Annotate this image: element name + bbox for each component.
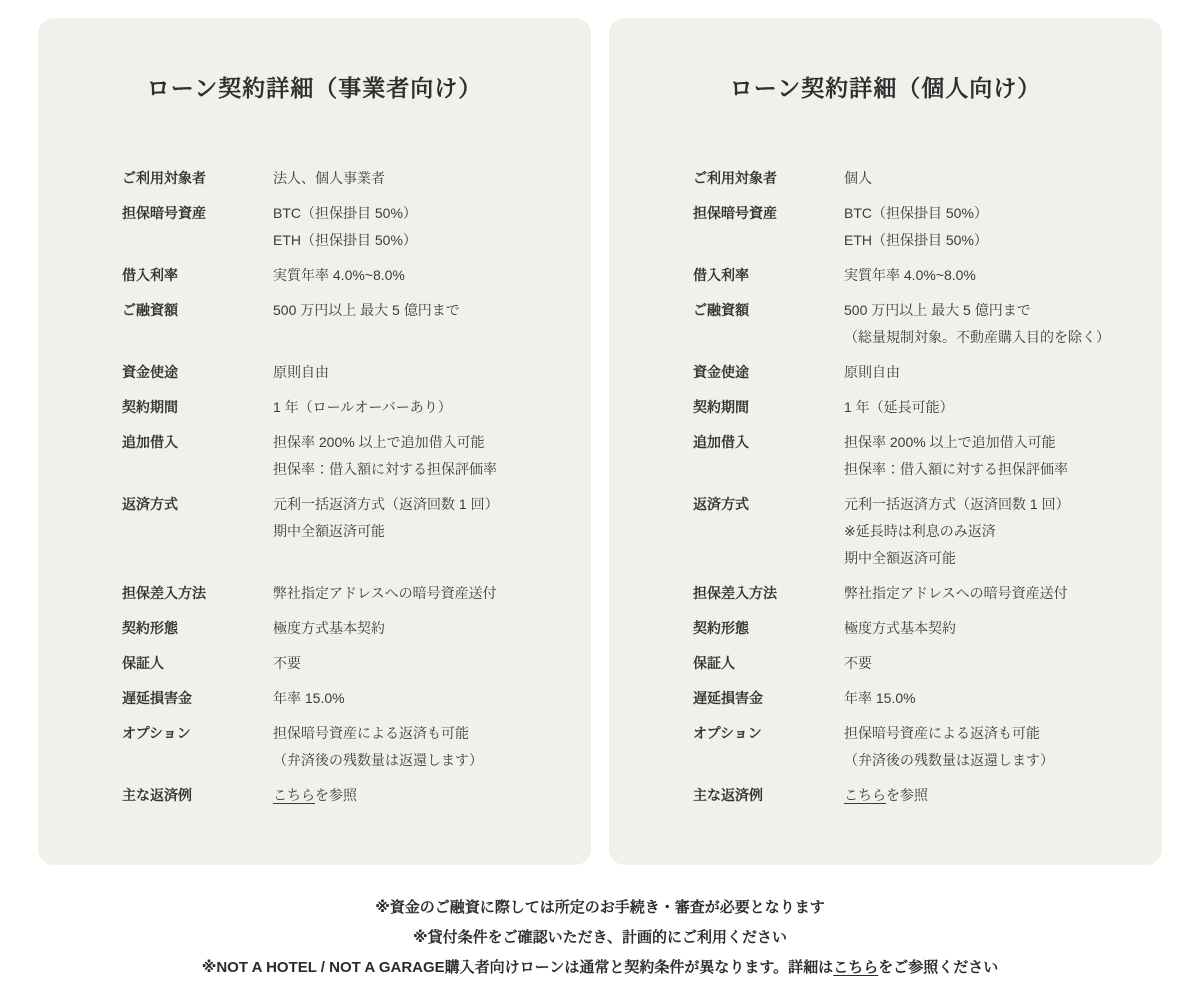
row-value-line: 担保暗号資産による返済も可能: [273, 720, 551, 747]
row-value-line: 元利一括返済方式（返済回数 1 回）: [844, 491, 1122, 518]
row-label: 担保暗号資産: [693, 200, 844, 227]
row-label: 主な返済例: [693, 782, 844, 809]
row-value-line: 500 万円以上 最大 5 億円まで: [273, 297, 551, 324]
row-value: 原則自由: [273, 359, 551, 386]
detail-row-repayment-method: 返済方式 元利一括返済方式（返済回数 1 回） 期中全額返済可能: [122, 491, 551, 572]
detail-row-guarantor: 保証人 不要: [122, 650, 551, 677]
row-label: 担保差入方法: [693, 580, 844, 607]
row-value: 1 年（延長可能）: [844, 394, 1122, 421]
detail-row-target-users: ご利用対象者 法人、個人事業者: [122, 165, 551, 192]
row-value: 担保率 200% 以上で追加借入可能 担保率：借入額に対する担保評価率: [844, 429, 1122, 483]
detail-row-additional-borrowing: 追加借入 担保率 200% 以上で追加借入可能 担保率：借入額に対する担保評価率: [122, 429, 551, 483]
footer-note-3-text: ※NOT A HOTEL / NOT A GARAGE購入者向けローンは通常と契…: [202, 959, 833, 976]
row-value: 不要: [273, 650, 551, 677]
row-value-line: （弁済後の残数量は返還します）: [844, 747, 1122, 774]
row-value-line: 極度方式基本契約: [844, 615, 1122, 642]
row-value-line: 担保率 200% 以上で追加借入可能: [844, 429, 1122, 456]
detail-row-fund-usage: 資金使途 原則自由: [693, 359, 1122, 386]
row-value-line: 500 万円以上 最大 5 億円まで: [844, 297, 1122, 324]
row-value-line: ※延長時は利息のみ返済: [844, 518, 1122, 545]
row-label: オプション: [122, 720, 273, 747]
repayment-example-link[interactable]: こちら: [273, 787, 315, 803]
loan-details-link[interactable]: こちら: [833, 959, 878, 976]
row-value-line: 実質年率 4.0%~8.0%: [844, 262, 1122, 289]
footer-notes: ※資金のご融資に際しては所定のお手続き・審査が必要となります ※貸付条件をご確認…: [38, 893, 1162, 983]
row-value-line: 元利一括返済方式（返済回数 1 回）: [273, 491, 551, 518]
row-label: 返済方式: [693, 491, 844, 518]
row-value-line: 年率 15.0%: [844, 685, 1122, 712]
detail-row-late-fee: 遅延損害金 年率 15.0%: [122, 685, 551, 712]
row-label: 資金使途: [693, 359, 844, 386]
row-label: ご融資額: [122, 297, 273, 324]
row-value: こちらを参照: [844, 782, 1122, 809]
row-value-line: ETH（担保掛目 50%）: [273, 227, 551, 254]
row-value: 個人: [844, 165, 1122, 192]
loan-cards-container: ローン契約詳細（事業者向け） ご利用対象者 法人、個人事業者 担保暗号資産 BT…: [38, 18, 1162, 865]
row-value: 500 万円以上 最大 5 億円まで: [273, 297, 551, 351]
row-value: 担保暗号資産による返済も可能 （弁済後の残数量は返還します）: [273, 720, 551, 774]
row-value-line: 弊社指定アドレスへの暗号資産送付: [273, 580, 551, 607]
row-value: 法人、個人事業者: [273, 165, 551, 192]
detail-row-repayment-example: 主な返済例 こちらを参照: [693, 782, 1122, 809]
row-label: 契約形態: [693, 615, 844, 642]
detail-row-collateral-assets: 担保暗号資産 BTC（担保掛目 50%） ETH（担保掛目 50%）: [693, 200, 1122, 254]
row-value: 極度方式基本契約: [273, 615, 551, 642]
row-value-line: 1 年（ロールオーバーあり）: [273, 394, 551, 421]
row-value: 担保暗号資産による返済も可能 （弁済後の残数量は返還します）: [844, 720, 1122, 774]
row-value: こちらを参照: [273, 782, 551, 809]
footer-note-3-text-after: をご参照ください: [878, 959, 998, 976]
detail-rows: ご利用対象者 個人 担保暗号資産 BTC（担保掛目 50%） ETH（担保掛目 …: [693, 165, 1122, 809]
row-value-line: 不要: [844, 650, 1122, 677]
row-value-line: 年率 15.0%: [273, 685, 551, 712]
row-value: 実質年率 4.0%~8.0%: [273, 262, 551, 289]
row-label: 契約期間: [122, 394, 273, 421]
row-value-line: 不要: [273, 650, 551, 677]
card-title-personal: ローン契約詳細（個人向け）: [649, 70, 1122, 103]
detail-row-loan-amount: ご融資額 500 万円以上 最大 5 億円まで: [122, 297, 551, 351]
row-value-line: 担保率：借入額に対する担保評価率: [273, 456, 551, 483]
row-value: 担保率 200% 以上で追加借入可能 担保率：借入額に対する担保評価率: [273, 429, 551, 483]
row-value-line: こちらを参照: [844, 782, 1122, 809]
row-value: BTC（担保掛目 50%） ETH（担保掛目 50%）: [844, 200, 1122, 254]
row-value: 不要: [844, 650, 1122, 677]
row-value-line: 担保暗号資産による返済も可能: [844, 720, 1122, 747]
row-label: 契約期間: [693, 394, 844, 421]
row-value-line: BTC（担保掛目 50%）: [273, 200, 551, 227]
row-value-line: 担保率：借入額に対する担保評価率: [844, 456, 1122, 483]
row-value-text: を参照: [886, 787, 928, 803]
row-value-line: （総量規制対象。不動産購入目的を除く）: [844, 324, 1122, 351]
business-loan-card: ローン契約詳細（事業者向け） ご利用対象者 法人、個人事業者 担保暗号資産 BT…: [38, 18, 591, 865]
row-label: 担保暗号資産: [122, 200, 273, 227]
row-label: 保証人: [122, 650, 273, 677]
detail-row-late-fee: 遅延損害金 年率 15.0%: [693, 685, 1122, 712]
repayment-example-link[interactable]: こちら: [844, 787, 886, 803]
row-value-line: 弊社指定アドレスへの暗号資産送付: [844, 580, 1122, 607]
row-value: 弊社指定アドレスへの暗号資産送付: [273, 580, 551, 607]
detail-row-additional-borrowing: 追加借入 担保率 200% 以上で追加借入可能 担保率：借入額に対する担保評価率: [693, 429, 1122, 483]
row-value-line: 個人: [844, 165, 1122, 192]
detail-row-repayment-example: 主な返済例 こちらを参照: [122, 782, 551, 809]
footer-note-1: ※資金のご融資に際しては所定のお手続き・審査が必要となります: [38, 893, 1162, 923]
row-label: 契約形態: [122, 615, 273, 642]
row-label: 借入利率: [122, 262, 273, 289]
detail-row-collateral-deposit: 担保差入方法 弊社指定アドレスへの暗号資産送付: [693, 580, 1122, 607]
detail-row-contract-form: 契約形態 極度方式基本契約: [693, 615, 1122, 642]
card-title-business: ローン契約詳細（事業者向け）: [78, 70, 551, 103]
detail-row-contract-period: 契約期間 1 年（延長可能）: [693, 394, 1122, 421]
personal-loan-card: ローン契約詳細（個人向け） ご利用対象者 個人 担保暗号資産 BTC（担保掛目 …: [609, 18, 1162, 865]
row-label: 保証人: [693, 650, 844, 677]
row-value-line: （弁済後の残数量は返還します）: [273, 747, 551, 774]
detail-row-interest-rate: 借入利率 実質年率 4.0%~8.0%: [693, 262, 1122, 289]
row-value: 1 年（ロールオーバーあり）: [273, 394, 551, 421]
detail-row-contract-form: 契約形態 極度方式基本契約: [122, 615, 551, 642]
row-value: 500 万円以上 最大 5 億円まで （総量規制対象。不動産購入目的を除く）: [844, 297, 1122, 351]
row-label: 追加借入: [693, 429, 844, 456]
detail-row-interest-rate: 借入利率 実質年率 4.0%~8.0%: [122, 262, 551, 289]
row-value-line: 実質年率 4.0%~8.0%: [273, 262, 551, 289]
row-label: 主な返済例: [122, 782, 273, 809]
detail-row-contract-period: 契約期間 1 年（ロールオーバーあり）: [122, 394, 551, 421]
row-label: 資金使途: [122, 359, 273, 386]
row-label: 借入利率: [693, 262, 844, 289]
footer-note-3: ※NOT A HOTEL / NOT A GARAGE購入者向けローンは通常と契…: [38, 953, 1162, 983]
row-label: 遅延損害金: [693, 685, 844, 712]
row-value: 元利一括返済方式（返済回数 1 回） ※延長時は利息のみ返済 期中全額返済可能: [844, 491, 1122, 572]
row-label: ご利用対象者: [122, 165, 273, 192]
row-label: ご利用対象者: [693, 165, 844, 192]
row-value-line: ETH（担保掛目 50%）: [844, 227, 1122, 254]
detail-rows: ご利用対象者 法人、個人事業者 担保暗号資産 BTC（担保掛目 50%） ETH…: [122, 165, 551, 809]
detail-row-options: オプション 担保暗号資産による返済も可能 （弁済後の残数量は返還します）: [693, 720, 1122, 774]
detail-row-collateral-assets: 担保暗号資産 BTC（担保掛目 50%） ETH（担保掛目 50%）: [122, 200, 551, 254]
row-value: 弊社指定アドレスへの暗号資産送付: [844, 580, 1122, 607]
row-value-text: を参照: [315, 787, 357, 803]
row-label: オプション: [693, 720, 844, 747]
row-value-line: 担保率 200% 以上で追加借入可能: [273, 429, 551, 456]
row-label: ご融資額: [693, 297, 844, 324]
row-value: 実質年率 4.0%~8.0%: [844, 262, 1122, 289]
row-value: BTC（担保掛目 50%） ETH（担保掛目 50%）: [273, 200, 551, 254]
row-value-line: こちらを参照: [273, 782, 551, 809]
row-value-line: BTC（担保掛目 50%）: [844, 200, 1122, 227]
page: ローン契約詳細（事業者向け） ご利用対象者 法人、個人事業者 担保暗号資産 BT…: [0, 0, 1200, 993]
row-value-line: 原則自由: [273, 359, 551, 386]
row-value-line: 期中全額返済可能: [844, 545, 1122, 572]
row-label: 担保差入方法: [122, 580, 273, 607]
row-label: 返済方式: [122, 491, 273, 518]
row-value: 年率 15.0%: [844, 685, 1122, 712]
row-label: 遅延損害金: [122, 685, 273, 712]
detail-row-loan-amount: ご融資額 500 万円以上 最大 5 億円まで （総量規制対象。不動産購入目的を…: [693, 297, 1122, 351]
detail-row-guarantor: 保証人 不要: [693, 650, 1122, 677]
row-value-line: 原則自由: [844, 359, 1122, 386]
row-value: 極度方式基本契約: [844, 615, 1122, 642]
detail-row-collateral-deposit: 担保差入方法 弊社指定アドレスへの暗号資産送付: [122, 580, 551, 607]
row-value: 年率 15.0%: [273, 685, 551, 712]
row-value-line: 1 年（延長可能）: [844, 394, 1122, 421]
row-value-line: 期中全額返済可能: [273, 518, 551, 545]
row-value: 原則自由: [844, 359, 1122, 386]
detail-row-options: オプション 担保暗号資産による返済も可能 （弁済後の残数量は返還します）: [122, 720, 551, 774]
row-label: 追加借入: [122, 429, 273, 456]
footer-note-2: ※貸付条件をご確認いただき、計画的にご利用ください: [38, 923, 1162, 953]
detail-row-fund-usage: 資金使途 原則自由: [122, 359, 551, 386]
row-value: 元利一括返済方式（返済回数 1 回） 期中全額返済可能: [273, 491, 551, 572]
detail-row-target-users: ご利用対象者 個人: [693, 165, 1122, 192]
row-value-line: 法人、個人事業者: [273, 165, 551, 192]
detail-row-repayment-method: 返済方式 元利一括返済方式（返済回数 1 回） ※延長時は利息のみ返済 期中全額…: [693, 491, 1122, 572]
row-value-line: 極度方式基本契約: [273, 615, 551, 642]
